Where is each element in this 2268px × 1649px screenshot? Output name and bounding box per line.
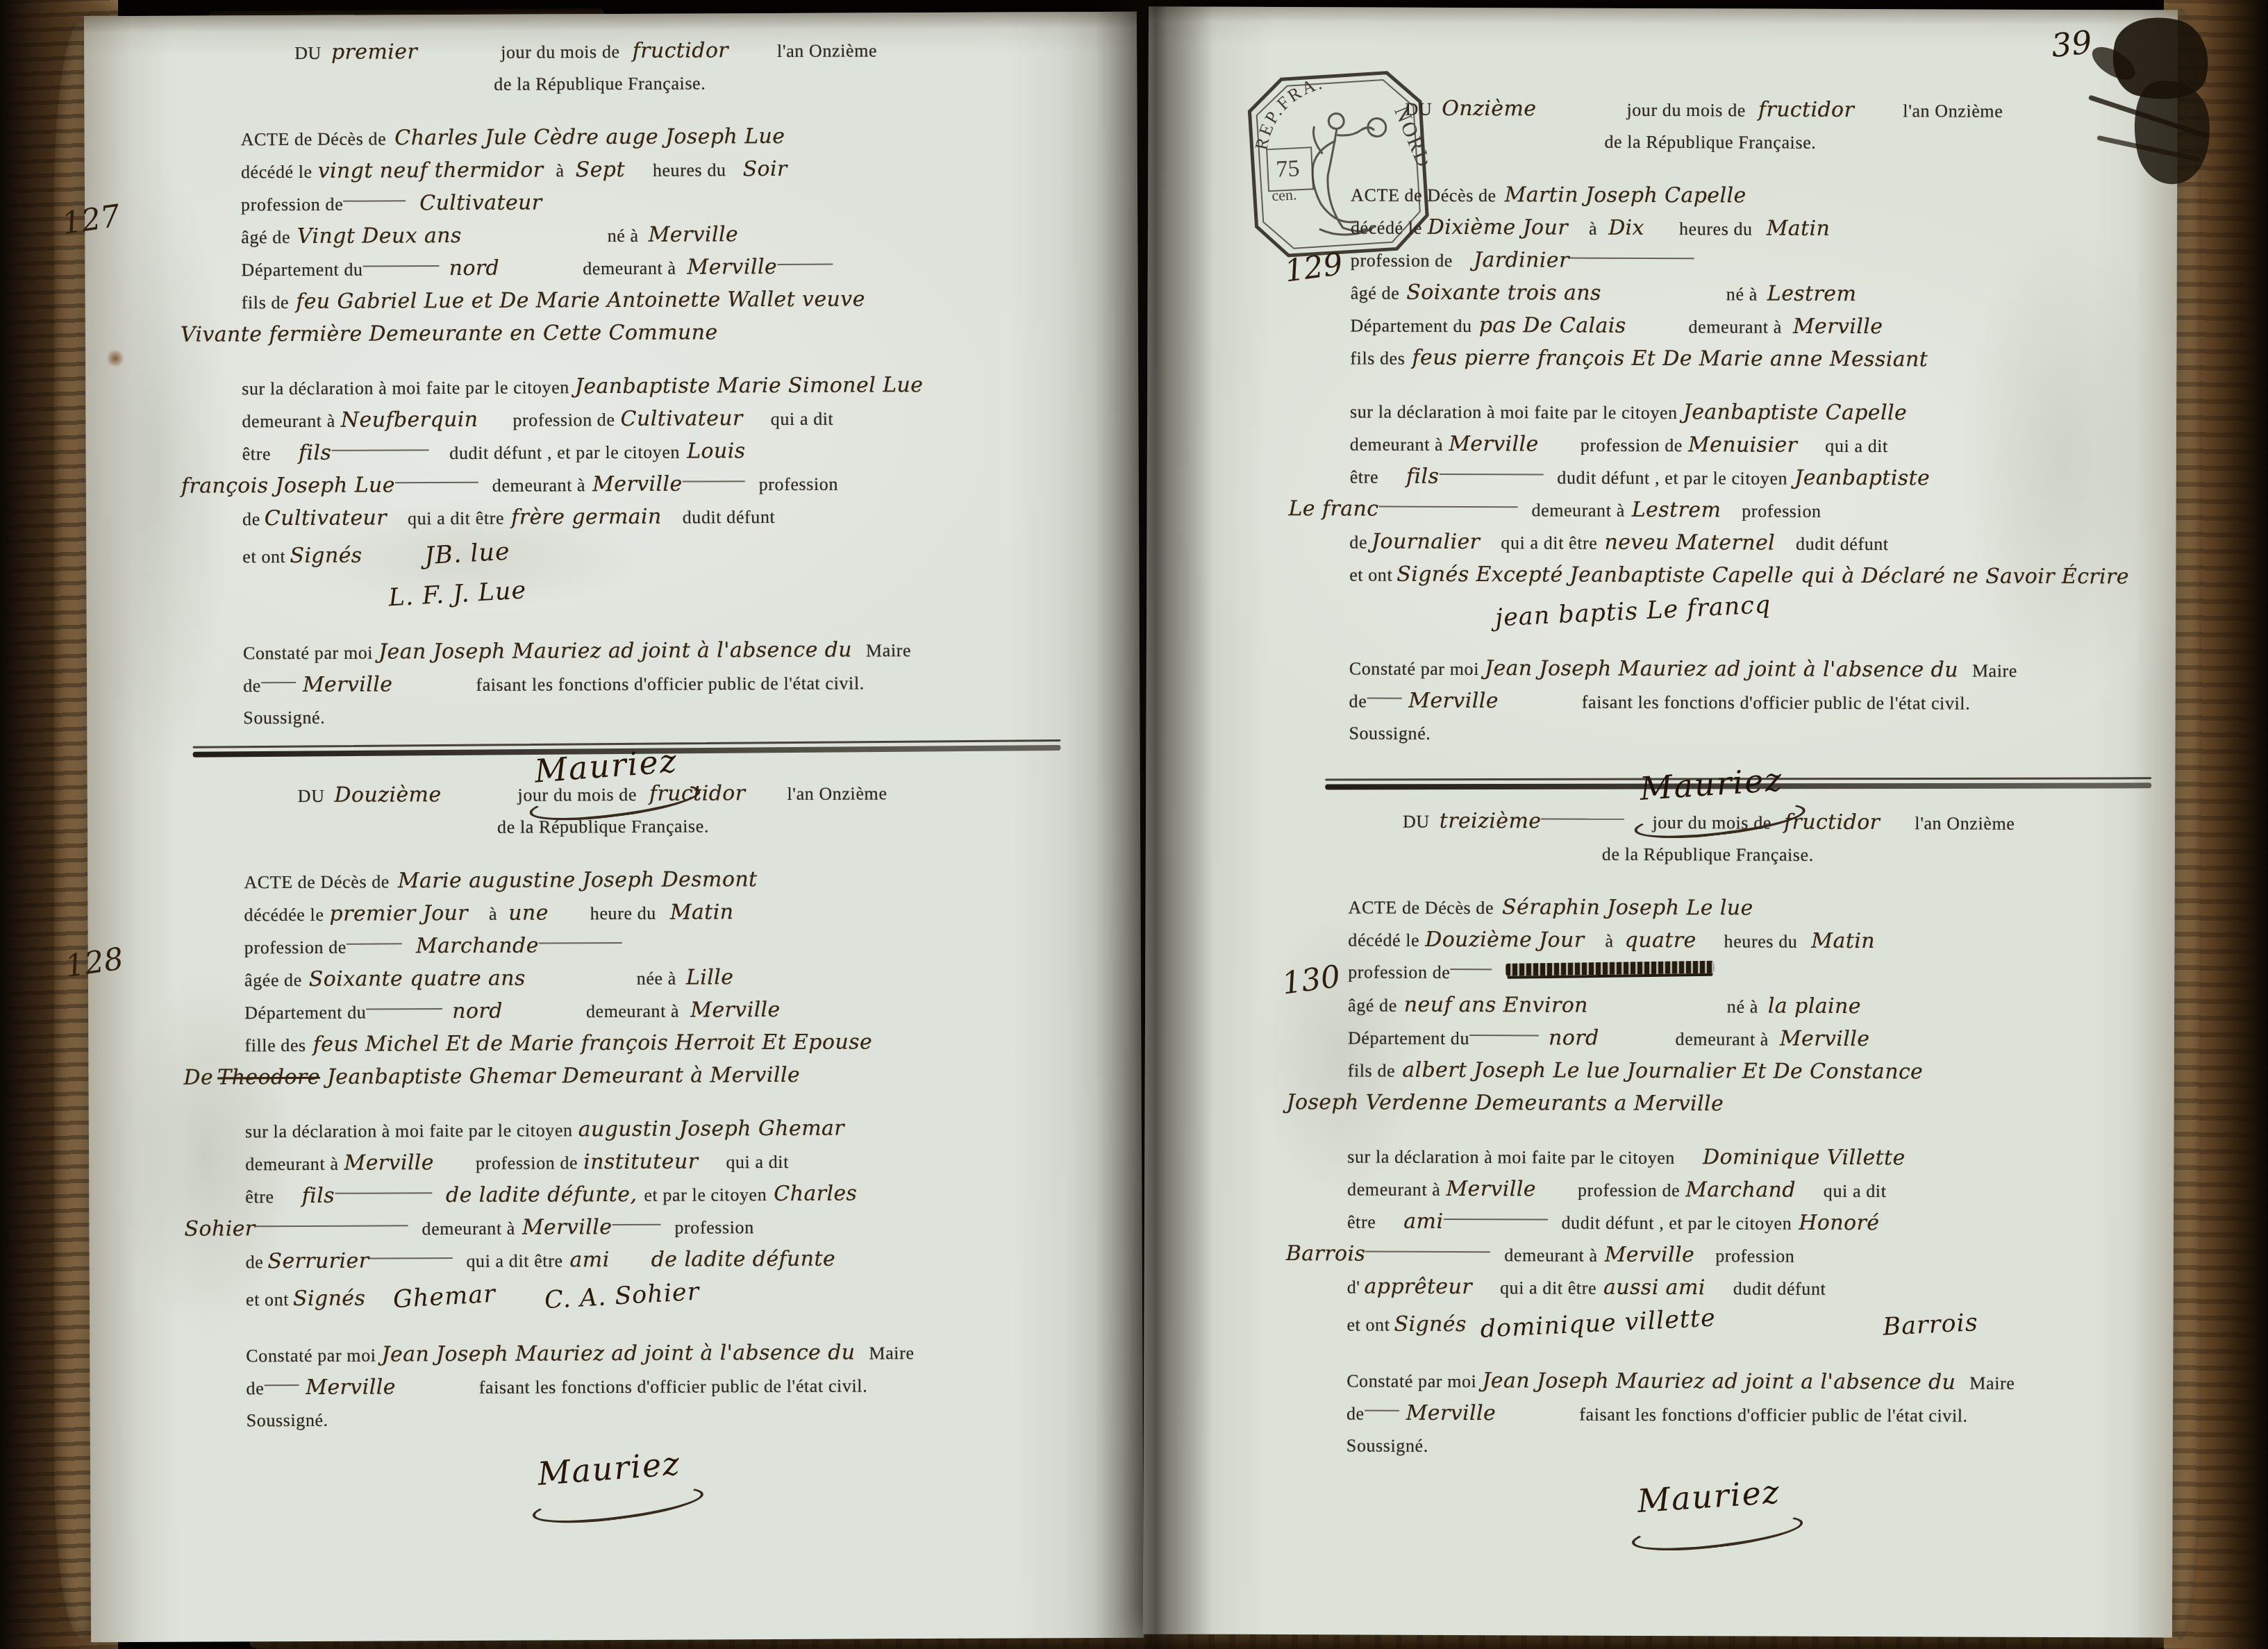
- printed-text: de: [246, 1252, 264, 1272]
- handwritten-text: premier: [331, 40, 417, 65]
- handwritten-text: Vivante fermière Demeurante en Cette Com…: [181, 320, 718, 346]
- handwritten-text: Martin Joseph Capelle: [1505, 183, 1746, 208]
- signature: L. F. J. Lue: [387, 570, 528, 618]
- record-line: deMervillefaisant les fonctions d'offici…: [243, 665, 1080, 701]
- record-line: fille desfeus Michel Et de Marie françoi…: [244, 1025, 1081, 1061]
- printed-text: Soussigné.: [1349, 723, 1431, 743]
- record-line: françois Joseph Luedemeurant àMervillepr…: [181, 466, 1079, 503]
- spacer: [1601, 300, 1726, 301]
- spacer: [1716, 1332, 1883, 1332]
- handwritten-text: Soir: [743, 157, 787, 181]
- handwritten-text: Séraphin Joseph Le lue: [1502, 895, 1753, 920]
- handwritten-text: la plaine: [1768, 994, 1861, 1019]
- handwritten-text: Merville: [522, 1215, 612, 1240]
- record-line: Le francdemeurant àLestremprofession: [1288, 492, 2186, 528]
- record-line: décédé levingt neuf thermidoràSeptheures…: [241, 151, 1078, 187]
- printed-text: être: [242, 444, 272, 464]
- handwritten-text: neuf ans Environ: [1404, 993, 1588, 1018]
- record-line: Département dunorddemeurant àMerville: [244, 992, 1081, 1028]
- handwritten-text: augustin Joseph Ghemar: [578, 1116, 845, 1142]
- record-line: demeurant àMervilleprofession deMenuisie…: [1350, 427, 2187, 462]
- handwritten-text: fructidor: [633, 38, 729, 63]
- handwritten-text: une: [508, 901, 549, 925]
- printed-text: DU: [294, 43, 322, 63]
- handwritten-text: Le franc: [1289, 496, 1379, 521]
- handwritten-text: feus pierre françois Et De Marie anne Me…: [1412, 346, 1928, 372]
- printed-text: Département du: [244, 1003, 366, 1023]
- record-line: demeurant àMervilleprofession deinstitut…: [245, 1144, 1082, 1180]
- printed-text: heure du: [590, 903, 656, 923]
- printed-text: demeurant à: [1676, 1029, 1769, 1049]
- printed-text: demeurant à: [1350, 434, 1443, 454]
- record-margin-number: 128: [63, 941, 126, 985]
- printed-text: fils des: [1350, 348, 1405, 368]
- spacer: [396, 1393, 479, 1394]
- record-line: fils dealbert Joseph Le lue Journalier E…: [1348, 1053, 2185, 1089]
- handwritten-text: aussi ami: [1603, 1275, 1706, 1300]
- printed-text: Constaté par moi: [1349, 658, 1479, 679]
- record-line: deMervillefaisant les fonctions d'offici…: [1349, 684, 2186, 719]
- printed-text: dudit défunt: [683, 507, 776, 528]
- ink-scribble: [1506, 961, 1714, 976]
- handwritten-text: Neufberquin: [341, 408, 478, 433]
- handwritten-text: Lestrem: [1767, 282, 1857, 306]
- record-line: ACTE de Décès deMartin Joseph Capelle: [1351, 178, 2187, 213]
- printed-text: profession: [1715, 1246, 1794, 1266]
- handwritten-text: instituteur: [583, 1149, 698, 1174]
- blank-rule: [331, 449, 428, 451]
- printed-text: dudit défunt , et par le citoyen: [1557, 467, 1787, 488]
- spacer: [392, 691, 476, 692]
- blank-rule: [395, 482, 478, 484]
- printed-text: né à: [608, 226, 639, 246]
- record-line: profession deMarchande: [244, 927, 1081, 963]
- printed-text: profession de: [1578, 1180, 1680, 1201]
- printed-text: né à: [1726, 284, 1758, 304]
- printed-text: Maire: [869, 1343, 914, 1363]
- record-line: âgé deVingt Deux ansné àMerville: [241, 217, 1078, 253]
- blank-rule: [343, 200, 406, 201]
- handwritten-text: quatre: [1625, 928, 1696, 953]
- printed-text: âgé de: [241, 227, 290, 247]
- handwritten-text: Louis: [687, 439, 745, 463]
- printed-text: être: [1350, 467, 1378, 487]
- handwritten-text: De: [183, 1066, 213, 1090]
- printed-text: demeurant à: [583, 258, 676, 279]
- record-line: DUDouzièmejour du mois defructidorl'an O…: [244, 776, 1081, 812]
- printed-text: dudit défunt: [1733, 1278, 1826, 1298]
- record-line: ACTE de Décès deMarie augustine Joseph D…: [244, 862, 1081, 898]
- handwritten-text: premier Jour: [329, 901, 468, 926]
- handwritten-text: fructidor: [1784, 810, 1881, 835]
- handwritten-text: françois Joseph Lue: [181, 473, 395, 498]
- handwritten-text: Onzième: [1442, 97, 1536, 121]
- handwritten-text: Merville: [1605, 1243, 1695, 1267]
- handwritten-text: Lestrem: [1632, 498, 1721, 522]
- printed-text: qui a dit être: [466, 1250, 562, 1271]
- handwritten-text: Jean Joseph Mauriez ad joint a l'absence…: [1482, 1368, 1956, 1394]
- blank-rule: [1365, 1251, 1490, 1253]
- handwritten-text: treizième: [1440, 809, 1542, 834]
- blank-rule: [369, 1257, 452, 1259]
- handwritten-text: ami: [1403, 1209, 1443, 1234]
- printed-text: à: [489, 904, 497, 924]
- printed-text: faisant les fonctions d'officier public …: [479, 1375, 868, 1397]
- printed-text: de la République Française.: [497, 816, 709, 837]
- printed-text: DU: [298, 786, 325, 806]
- handwritten-text: vingt neuf thermidor: [318, 158, 544, 183]
- handwritten-text: Merville: [344, 1150, 434, 1175]
- handwritten-text: Honoré: [1799, 1211, 1879, 1235]
- printed-text: profession de: [241, 194, 343, 215]
- printed-text: profession: [1742, 501, 1821, 521]
- printed-text: fils de: [1348, 1060, 1396, 1080]
- printed-text: qui a dit être: [1500, 1278, 1596, 1298]
- handwritten-text: Cultivateur: [265, 505, 387, 530]
- record-line: ACTE de Décès deSéraphin Joseph Le lue: [1348, 890, 2185, 926]
- signature: Ghemar: [392, 1274, 497, 1320]
- record-line: et ontSignésdominique villetteBarrois: [1346, 1303, 2183, 1346]
- record-line: Barroisdemeurant àMervilleprofession: [1286, 1237, 2184, 1273]
- record-margin-number: 129: [1283, 246, 1345, 290]
- handwritten-text: nord: [449, 256, 500, 281]
- printed-text: profession de: [1351, 250, 1453, 271]
- printed-text: heures du: [653, 160, 726, 180]
- handwritten-text: Merville: [592, 472, 683, 497]
- printed-text: sur la déclaration à moi faite par le ci…: [245, 1120, 573, 1141]
- handwritten-text: Marchande: [416, 933, 539, 958]
- printed-text: de: [243, 676, 261, 696]
- blank-rule: [1541, 818, 1624, 819]
- printed-text: jour du mois de: [1652, 812, 1771, 833]
- printed-text: demeurant à: [1531, 500, 1624, 520]
- blank-rule: [347, 943, 402, 944]
- handwritten-text: Jean Joseph Mauriez ad joint à l'absence…: [378, 638, 852, 664]
- blank-rule: [1378, 506, 1517, 508]
- record-line: âgée deSoixante quatre ansnée àLille: [244, 960, 1081, 996]
- record-line: de la République Française.: [1351, 124, 2187, 160]
- record-line: Département dunorddemeurant àMerville: [1348, 1021, 2185, 1056]
- record-line: profession deCultivateur: [241, 184, 1078, 220]
- blank-rule: [1569, 258, 1694, 260]
- record-line: sur la déclaration à moi faite par le ci…: [245, 1111, 1082, 1147]
- signature: jean baptis Le francq: [1494, 585, 1772, 638]
- printed-text: demeurant à: [242, 411, 335, 432]
- record-line: DUtreizièmejour du mois defructidorl'an …: [1349, 804, 2185, 839]
- printed-text: Soussigné.: [243, 708, 325, 728]
- handwritten-text: Jeanbaptiste Marie Simonel Lue: [575, 373, 924, 399]
- handwritten-text: apprêteur: [1364, 1275, 1472, 1300]
- handwritten-text: Menuisier: [1688, 433, 1798, 458]
- record-line: deSerrurierqui a dit êtreamide ladite dé…: [246, 1241, 1083, 1278]
- printed-text: profession: [759, 474, 838, 494]
- handwritten-text: Signés: [290, 544, 362, 568]
- handwritten-text: Merville: [306, 1375, 396, 1400]
- printed-text: âgé de: [1351, 283, 1400, 303]
- handwritten-text: Signés: [1394, 1312, 1467, 1337]
- handwritten-text: Joseph Verdenne Demeurants a Merville: [1287, 1090, 1724, 1116]
- printed-text: être: [245, 1187, 274, 1207]
- handwritten-text: feus Michel Et de Marie françois Herroit…: [313, 1030, 872, 1057]
- printed-text: et ont: [246, 1289, 289, 1309]
- blank-rule: [335, 1192, 432, 1194]
- spacer: [526, 985, 637, 985]
- printed-text: qui a dit: [1824, 1181, 1887, 1201]
- record-line: deMervillefaisant les fonctions d'offici…: [246, 1368, 1083, 1404]
- handwritten-text: Lille: [686, 965, 734, 989]
- printed-text: né à: [1727, 996, 1758, 1016]
- printed-text: demeurant à: [422, 1219, 515, 1239]
- printed-text: l'an Onzième: [787, 783, 887, 804]
- record-line: Constaté par moiJean Joseph Mauriez ad j…: [243, 633, 1080, 669]
- page-left: 127DUpremierjour du mois defructidorl'an…: [84, 12, 1144, 1643]
- printed-text: et ont: [242, 546, 285, 567]
- blank-rule: [1469, 1035, 1539, 1036]
- printed-text: et ont: [1349, 564, 1392, 585]
- handwritten-text: Merville: [649, 222, 739, 247]
- handwritten-text: Merville: [1446, 1177, 1536, 1201]
- record-line: Mauriez: [1346, 1462, 2183, 1531]
- printed-text: ACTE de Décès de: [1349, 897, 1494, 918]
- spacer: [462, 242, 608, 242]
- printed-text: demeurant à: [1504, 1245, 1597, 1265]
- printed-text: à: [1589, 219, 1597, 239]
- printed-text: jour du mois de: [518, 785, 637, 805]
- record-line: deCultivateurqui a dit êtrefrère germain…: [242, 499, 1079, 535]
- record-line: Département dunorddemeurant àMerville: [241, 249, 1078, 285]
- record-line: et ontSignésJB. lue: [242, 531, 1079, 575]
- handwritten-text: Serrurier: [267, 1249, 369, 1274]
- printed-text: âgé de: [1348, 995, 1397, 1015]
- record-line: sur la déclaration à moi faite par le ci…: [1350, 394, 2187, 430]
- record-margin-number: 127: [60, 199, 122, 242]
- blank-rule: [683, 480, 745, 482]
- handwritten-text: fructidor: [1758, 97, 1855, 122]
- printed-text: demeurant à: [1347, 1179, 1440, 1199]
- handwritten-text: de ladite défunte: [651, 1247, 836, 1272]
- handwritten-text: neveu Maternel: [1604, 530, 1775, 555]
- record-line: L. F. J. Lue: [242, 571, 1079, 615]
- printed-text: l'an Onzième: [777, 40, 877, 61]
- signature: Barrois: [1882, 1303, 1979, 1348]
- handwritten-text: Barrois: [1286, 1241, 1366, 1266]
- record-line: Vivante fermière Demeurante en Cette Com…: [181, 315, 1078, 351]
- record-line: Joseph Verdenne Demeurants a Merville: [1287, 1086, 2185, 1122]
- printed-text: DU: [1403, 812, 1430, 832]
- handwritten-text: de ladite défunte,: [446, 1182, 637, 1207]
- printed-text: Maire: [866, 640, 911, 660]
- printed-text: faisant les fonctions d'officier public …: [1582, 692, 1971, 714]
- officer-signature: Mauriez: [535, 1430, 683, 1507]
- officer-signature: Mauriez: [1635, 1459, 1783, 1534]
- blank-rule: [261, 682, 296, 683]
- printed-text: décédé le: [241, 162, 312, 182]
- printed-text: demeurant à: [586, 1001, 680, 1022]
- handwritten-text: frère germain: [511, 505, 662, 530]
- printed-text: décédé le: [1351, 217, 1422, 237]
- record-line: et ontSignésGhemarC. A. Sohier: [246, 1274, 1083, 1318]
- printed-text: être: [1347, 1212, 1376, 1232]
- printed-text: l'an Onzième: [1903, 101, 2003, 122]
- printed-text: faisant les fonctions d'officier public …: [1579, 1405, 1968, 1426]
- printed-text: Département du: [1348, 1028, 1469, 1048]
- printed-text: décédé le: [1348, 930, 1419, 950]
- handwritten-text-struck: Theodore: [217, 1065, 320, 1090]
- printed-text: Maire: [1972, 661, 2017, 681]
- signature: C. A. Sohier: [544, 1272, 701, 1321]
- record-line: Constaté par moiJean Joseph Mauriez ad j…: [1349, 651, 2186, 687]
- handwritten-text: fils: [1406, 464, 1439, 489]
- handwritten-text: fructidor: [649, 781, 746, 806]
- handwritten-text: Marie augustine Joseph Desmont: [398, 867, 758, 893]
- handwritten-text: Matin: [670, 900, 734, 924]
- blank-rule: [366, 1008, 442, 1010]
- printed-text: demeurant à: [1688, 317, 1781, 337]
- handwritten-text: Merville: [1449, 432, 1539, 456]
- printed-text: qui a dit être: [408, 508, 504, 529]
- printed-text: à: [1605, 931, 1613, 951]
- handwritten-text: Merville: [1780, 1027, 1870, 1051]
- handwritten-text: albert Joseph Le lue Journalier Et De Co…: [1402, 1058, 1923, 1085]
- printed-text: sur la déclaration à moi faite par le ci…: [1347, 1146, 1675, 1168]
- printed-text: DU: [1406, 99, 1433, 119]
- blank-rule: [1439, 474, 1543, 476]
- printed-text: jour du mois de: [501, 42, 620, 62]
- register-scan: 127DUpremierjour du mois defructidorl'an…: [0, 0, 2268, 1649]
- record-line: DUpremierjour du mois defructidorl'an On…: [240, 33, 1077, 69]
- printed-text: heures du: [1679, 219, 1753, 239]
- printed-text: fille des: [244, 1035, 306, 1055]
- printed-text: qui a dit: [726, 1152, 789, 1172]
- record-line: ACTE de Décès deCharles Jule Cèdre auge …: [241, 119, 1078, 155]
- spacer: [417, 58, 501, 59]
- printed-text: qui a dit: [771, 409, 834, 429]
- spacer: [503, 1017, 586, 1018]
- signature: dominique villette: [1480, 1298, 1717, 1350]
- record-line: êtrefilsde ladite défunte,et par le cito…: [245, 1176, 1082, 1212]
- handwritten-text: Cultivateur: [419, 190, 542, 215]
- printed-text: de la République Française.: [494, 73, 706, 94]
- handwritten-text: Merville: [1793, 315, 1883, 339]
- printed-text: dudit défunt , et par le citoyen: [1561, 1213, 1792, 1234]
- handwritten-text: Dominique Villette: [1703, 1145, 1906, 1170]
- handwritten-text: Jeanbaptiste: [1794, 466, 1930, 491]
- record-line: deMervillefaisant les fonctions d'offici…: [1346, 1396, 2183, 1432]
- spacer: [1588, 1012, 1727, 1013]
- record-line: sur la déclaration à moi faite par le ci…: [242, 368, 1078, 404]
- page-right: REP.FRA. 75 cen. NORD 39 129DUOnzièmejou…: [1143, 6, 2178, 1637]
- handwritten-text: Jean Joseph Mauriez ad joint à l'absence…: [381, 1340, 855, 1366]
- record-margin-number: 130: [1280, 959, 1342, 1002]
- printed-text: décédée le: [244, 905, 324, 926]
- printed-text: qui a dit être: [1501, 533, 1597, 553]
- page-left-records: 127DUpremierjour du mois defructidorl'an…: [84, 12, 1144, 1643]
- printed-text: Constaté par moi: [246, 1346, 376, 1366]
- printed-text: et par le citoyen: [644, 1185, 767, 1205]
- printed-text: profession de: [1581, 435, 1683, 456]
- printed-text: l'an Onzième: [1915, 813, 2015, 834]
- handwritten-text: feu Gabriel Lue et De Marie Antoinette W…: [296, 287, 865, 314]
- record-line: Département dupas De Calaisdemeurant àMe…: [1350, 308, 2187, 344]
- record-line: fils desfeus pierre françois Et De Marie…: [1350, 341, 2187, 376]
- record-line: demeurant àMervilleprofession deMarchand…: [1347, 1172, 2184, 1207]
- record-line: d'apprêteurqui a dit êtreaussi amidudit …: [1347, 1270, 2184, 1305]
- printed-text: demeurant à: [245, 1154, 339, 1175]
- handwritten-text: Matin: [1767, 217, 1831, 241]
- handwritten-text: Merville: [687, 255, 777, 280]
- record-line: êtreamidudit défunt , et par le citoyenH…: [1347, 1205, 2184, 1240]
- printed-text: jour du mois de: [1626, 100, 1746, 121]
- handwritten-text: nord: [452, 999, 503, 1023]
- record-line: décédée lepremier Jouràuneheure duMatin: [244, 894, 1081, 930]
- signature: JB. lue: [424, 531, 512, 576]
- handwritten-text: Charles: [774, 1181, 857, 1206]
- printed-text: profession de: [476, 1153, 578, 1173]
- blank-rule: [264, 1384, 299, 1386]
- handwritten-text: fils: [302, 1184, 335, 1208]
- printed-text: heures du: [1724, 931, 1798, 951]
- record-line: profession de: [1348, 955, 2185, 991]
- record-line: de la République Française.: [244, 808, 1081, 844]
- record-line: deJournalierqui a dit êtreneveu Maternel…: [1349, 525, 2186, 560]
- record-line: Constaté par moiJean Joseph Mauriez ad j…: [246, 1335, 1083, 1371]
- printed-text: Constaté par moi: [1346, 1371, 1476, 1391]
- record-line: DeTheodoreJeanbaptiste Ghemar Demeurant …: [183, 1057, 1081, 1094]
- death-record-130: 130DUtreizièmejour du mois defructidorl'…: [1346, 804, 2185, 1531]
- record-line: êtrefilsdudit défunt , et par le citoyen…: [242, 433, 1079, 469]
- record-line: sur la déclaration à moi faite par le ci…: [1347, 1139, 2184, 1175]
- record-line: Constaté par moiJean Joseph Mauriez ad j…: [1346, 1364, 2183, 1399]
- blank-rule: [256, 1225, 408, 1227]
- record-line: DUOnzièmejour du mois defructidorl'an On…: [1351, 92, 2188, 127]
- handwritten-text: Cultivateur: [620, 406, 742, 431]
- record-line: de la République Française.: [240, 65, 1077, 101]
- printed-text: Département du: [241, 260, 362, 281]
- death-record-129: 129DUOnzièmejour du mois defructidorl'an…: [1349, 92, 2188, 819]
- printed-text: de: [246, 1378, 264, 1398]
- record-line: êtrefilsdudit défunt , et par le citoyen…: [1350, 460, 2187, 495]
- handwritten-text: Dix: [1608, 216, 1644, 240]
- printed-text: née à: [637, 969, 676, 989]
- printed-text: d': [1347, 1277, 1360, 1297]
- printed-text: de la République Française.: [1604, 132, 1816, 153]
- handwritten-text: Matin: [1811, 929, 1875, 953]
- printed-text: Département du: [1350, 315, 1471, 336]
- printed-text: profession de: [244, 937, 347, 958]
- printed-text: Soussigné.: [247, 1410, 328, 1431]
- record-line: de la République Française.: [1349, 837, 2185, 872]
- handwritten-text: Merville: [690, 998, 781, 1023]
- printed-text: qui a dit: [1825, 436, 1888, 456]
- section-divider: [1325, 777, 2151, 789]
- handwritten-text: Vingt Deux ans: [297, 224, 462, 249]
- printed-text: dudit défunt , et par le citoyen: [449, 442, 680, 463]
- handwritten-text: Jeanbaptiste Capelle: [1683, 400, 1908, 425]
- handwritten-text: Signés: [293, 1287, 365, 1311]
- blank-rule: [777, 264, 833, 265]
- handwritten-text: pas De Calais: [1479, 313, 1626, 338]
- printed-text: faisant les fonctions d'officier public …: [476, 673, 865, 694]
- handwritten-text: Soixante quatre ans: [309, 966, 526, 991]
- death-record-128: 128DUDouzièmejour du mois defructidorl'a…: [244, 776, 1084, 1503]
- handwritten-text: Journalier: [1371, 530, 1480, 555]
- printed-text: dudit défunt: [1796, 534, 1889, 554]
- printed-text: de: [1346, 1403, 1365, 1423]
- record-line: Sohierdemeurant àMervilleprofession: [184, 1209, 1082, 1246]
- handwritten-text: fils: [299, 441, 331, 465]
- printed-text: Soussigné.: [1346, 1435, 1428, 1455]
- printed-text: âgée de: [244, 970, 302, 990]
